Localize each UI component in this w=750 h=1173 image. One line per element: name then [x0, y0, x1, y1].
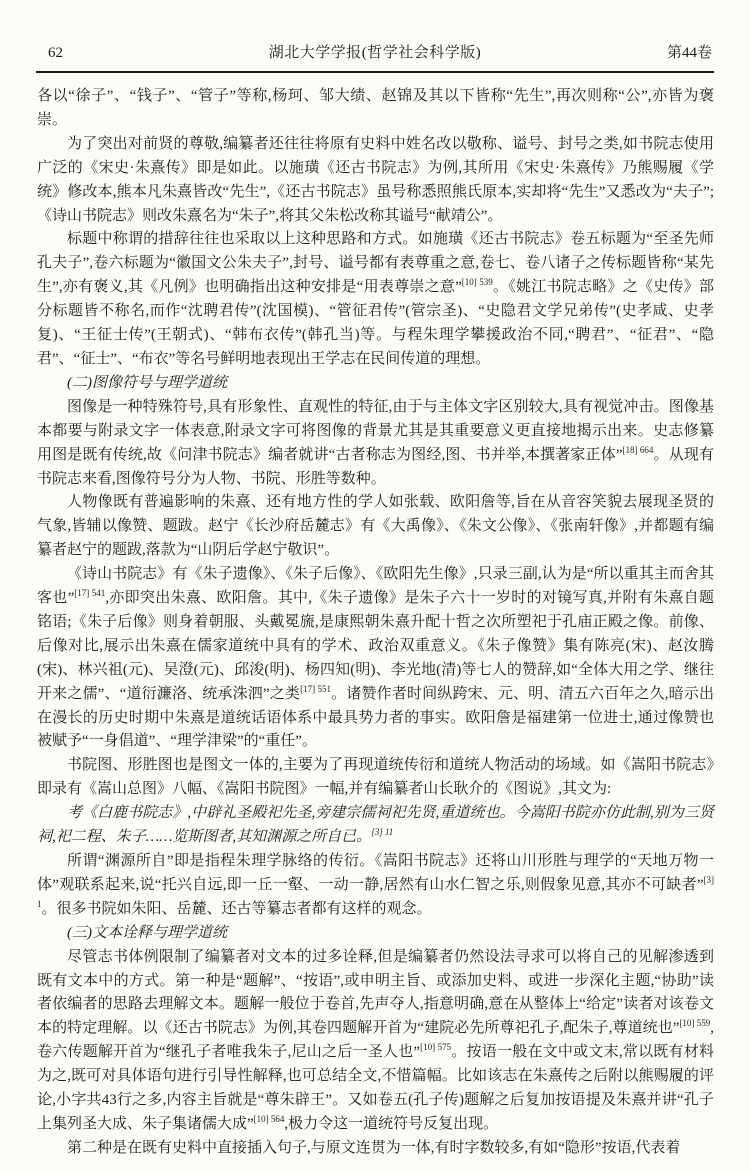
volume-label: 第44卷: [667, 41, 712, 62]
paragraph: 《诗山书院志》有《朱子遗像》、《朱子后像》、《欧阳先生像》,只录三副,认为是“所…: [37, 563, 714, 754]
paragraph: 第二种是在既有史料中直接插入句子,与原文连贯为一体,有时字数较多,有如“隐形”按…: [37, 1137, 714, 1161]
page-number: 62: [48, 45, 63, 62]
continuation: 各以“徐子”、“钱子”、“管子”等称,杨珂、邹大绩、赵锦及其以下皆称“先生”,再…: [37, 85, 714, 133]
paragraph: 书院图、形胜图也是图文一体的,主要为了再现道统传衍和道统人物活动的场域。如《嵩阳…: [37, 754, 714, 802]
journal-title: 湖北大学学报(哲学社会科学版): [269, 41, 482, 62]
paragraph: 人物像既有普遍影响的朱熹、还有地方性的学人如张载、欧阳詹等,旨在从音容笑貌去展现…: [37, 491, 714, 563]
running-header: 62 湖北大学学报(哲学社会科学版) 第44卷: [36, 40, 714, 73]
section-heading: (三)文本诠释与理学道统: [37, 922, 714, 946]
citation-ref: [3] 1: [37, 875, 714, 909]
citation-ref: [17] 551: [300, 684, 331, 694]
citation-ref: [10] 564: [254, 1114, 285, 1124]
journal-page: 62 湖北大学学报(哲学社会科学版) 第44卷 各以“徐子”、“钱子”、“管子”…: [0, 0, 750, 1173]
paragraph: 标题中称谓的措辞往往也采取以上这种思路和方式。如施璜《还古书院志》卷五标题为“至…: [37, 228, 714, 371]
section-heading: (二)图像符号与理学道统: [37, 372, 714, 396]
citation-ref: [10] 575: [420, 1042, 451, 1052]
citation-ref: [18] 664: [623, 445, 654, 455]
paragraph: 为了突出对前贤的尊敬,编纂者还往往将原有史料中姓名改以敬称、谥号、封号之类,如书…: [37, 133, 714, 229]
citation-ref: [10] 539: [462, 277, 493, 287]
citation-ref: [10] 559: [679, 1018, 710, 1028]
paragraph: 尽管志书体例限制了编纂者对文本的过多诠释,但是编纂者仍然设法寻求可以将自己的见解…: [37, 946, 714, 1137]
paragraph: 所谓“渊源所自”即是指程朱理学脉络的传衍。《嵩阳书院志》还将山川形胜与理学的“天…: [37, 850, 714, 922]
article-body: 各以“徐子”、“钱子”、“管子”等称,杨珂、邹大绩、赵锦及其以下皆称“先生”,再…: [37, 85, 714, 1161]
blockquote: 考《白鹿书院志》,中辟礼圣殿祀先圣,旁建宗儒祠祀先贤,重道统也。今嵩阳书院亦仿此…: [37, 802, 714, 850]
citation-ref: [17] 541: [74, 588, 105, 598]
paragraph: 图像是一种特殊符号,具有形象性、直观性的特征,由于与主体文字区别较大,具有视觉冲…: [37, 396, 714, 492]
citation-ref: [3] 11: [371, 827, 393, 837]
